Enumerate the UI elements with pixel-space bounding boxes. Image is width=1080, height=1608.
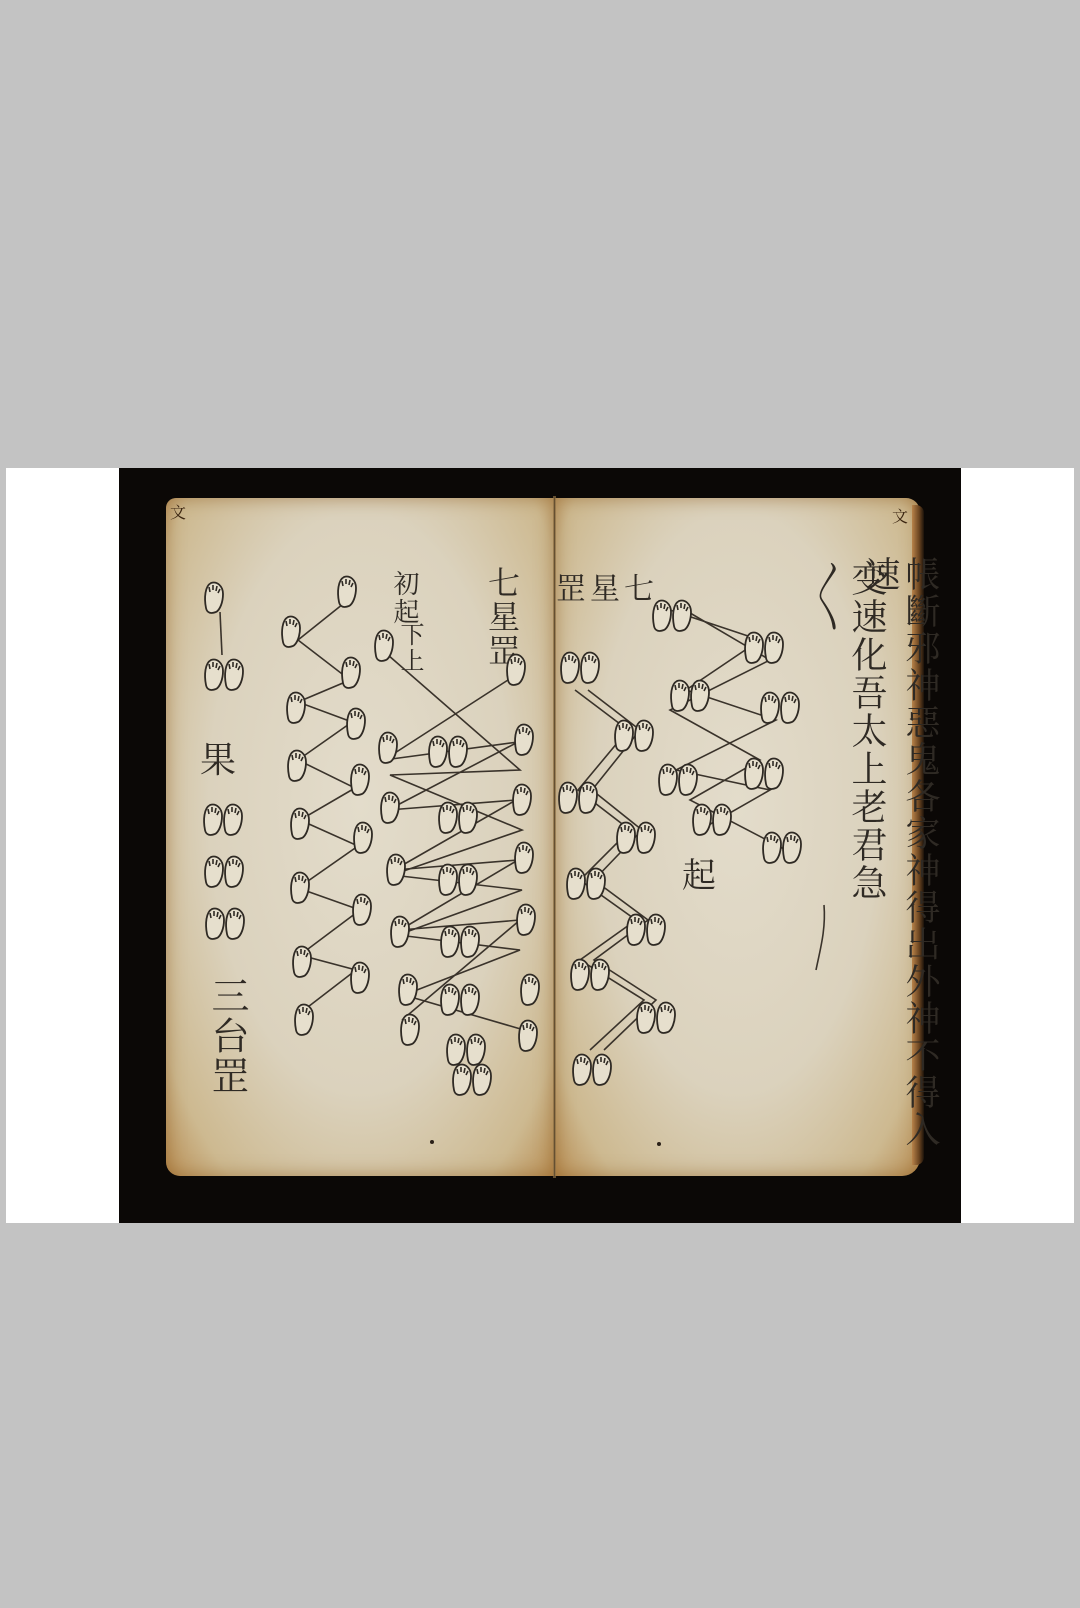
footprint-diagrams bbox=[0, 0, 1080, 1608]
